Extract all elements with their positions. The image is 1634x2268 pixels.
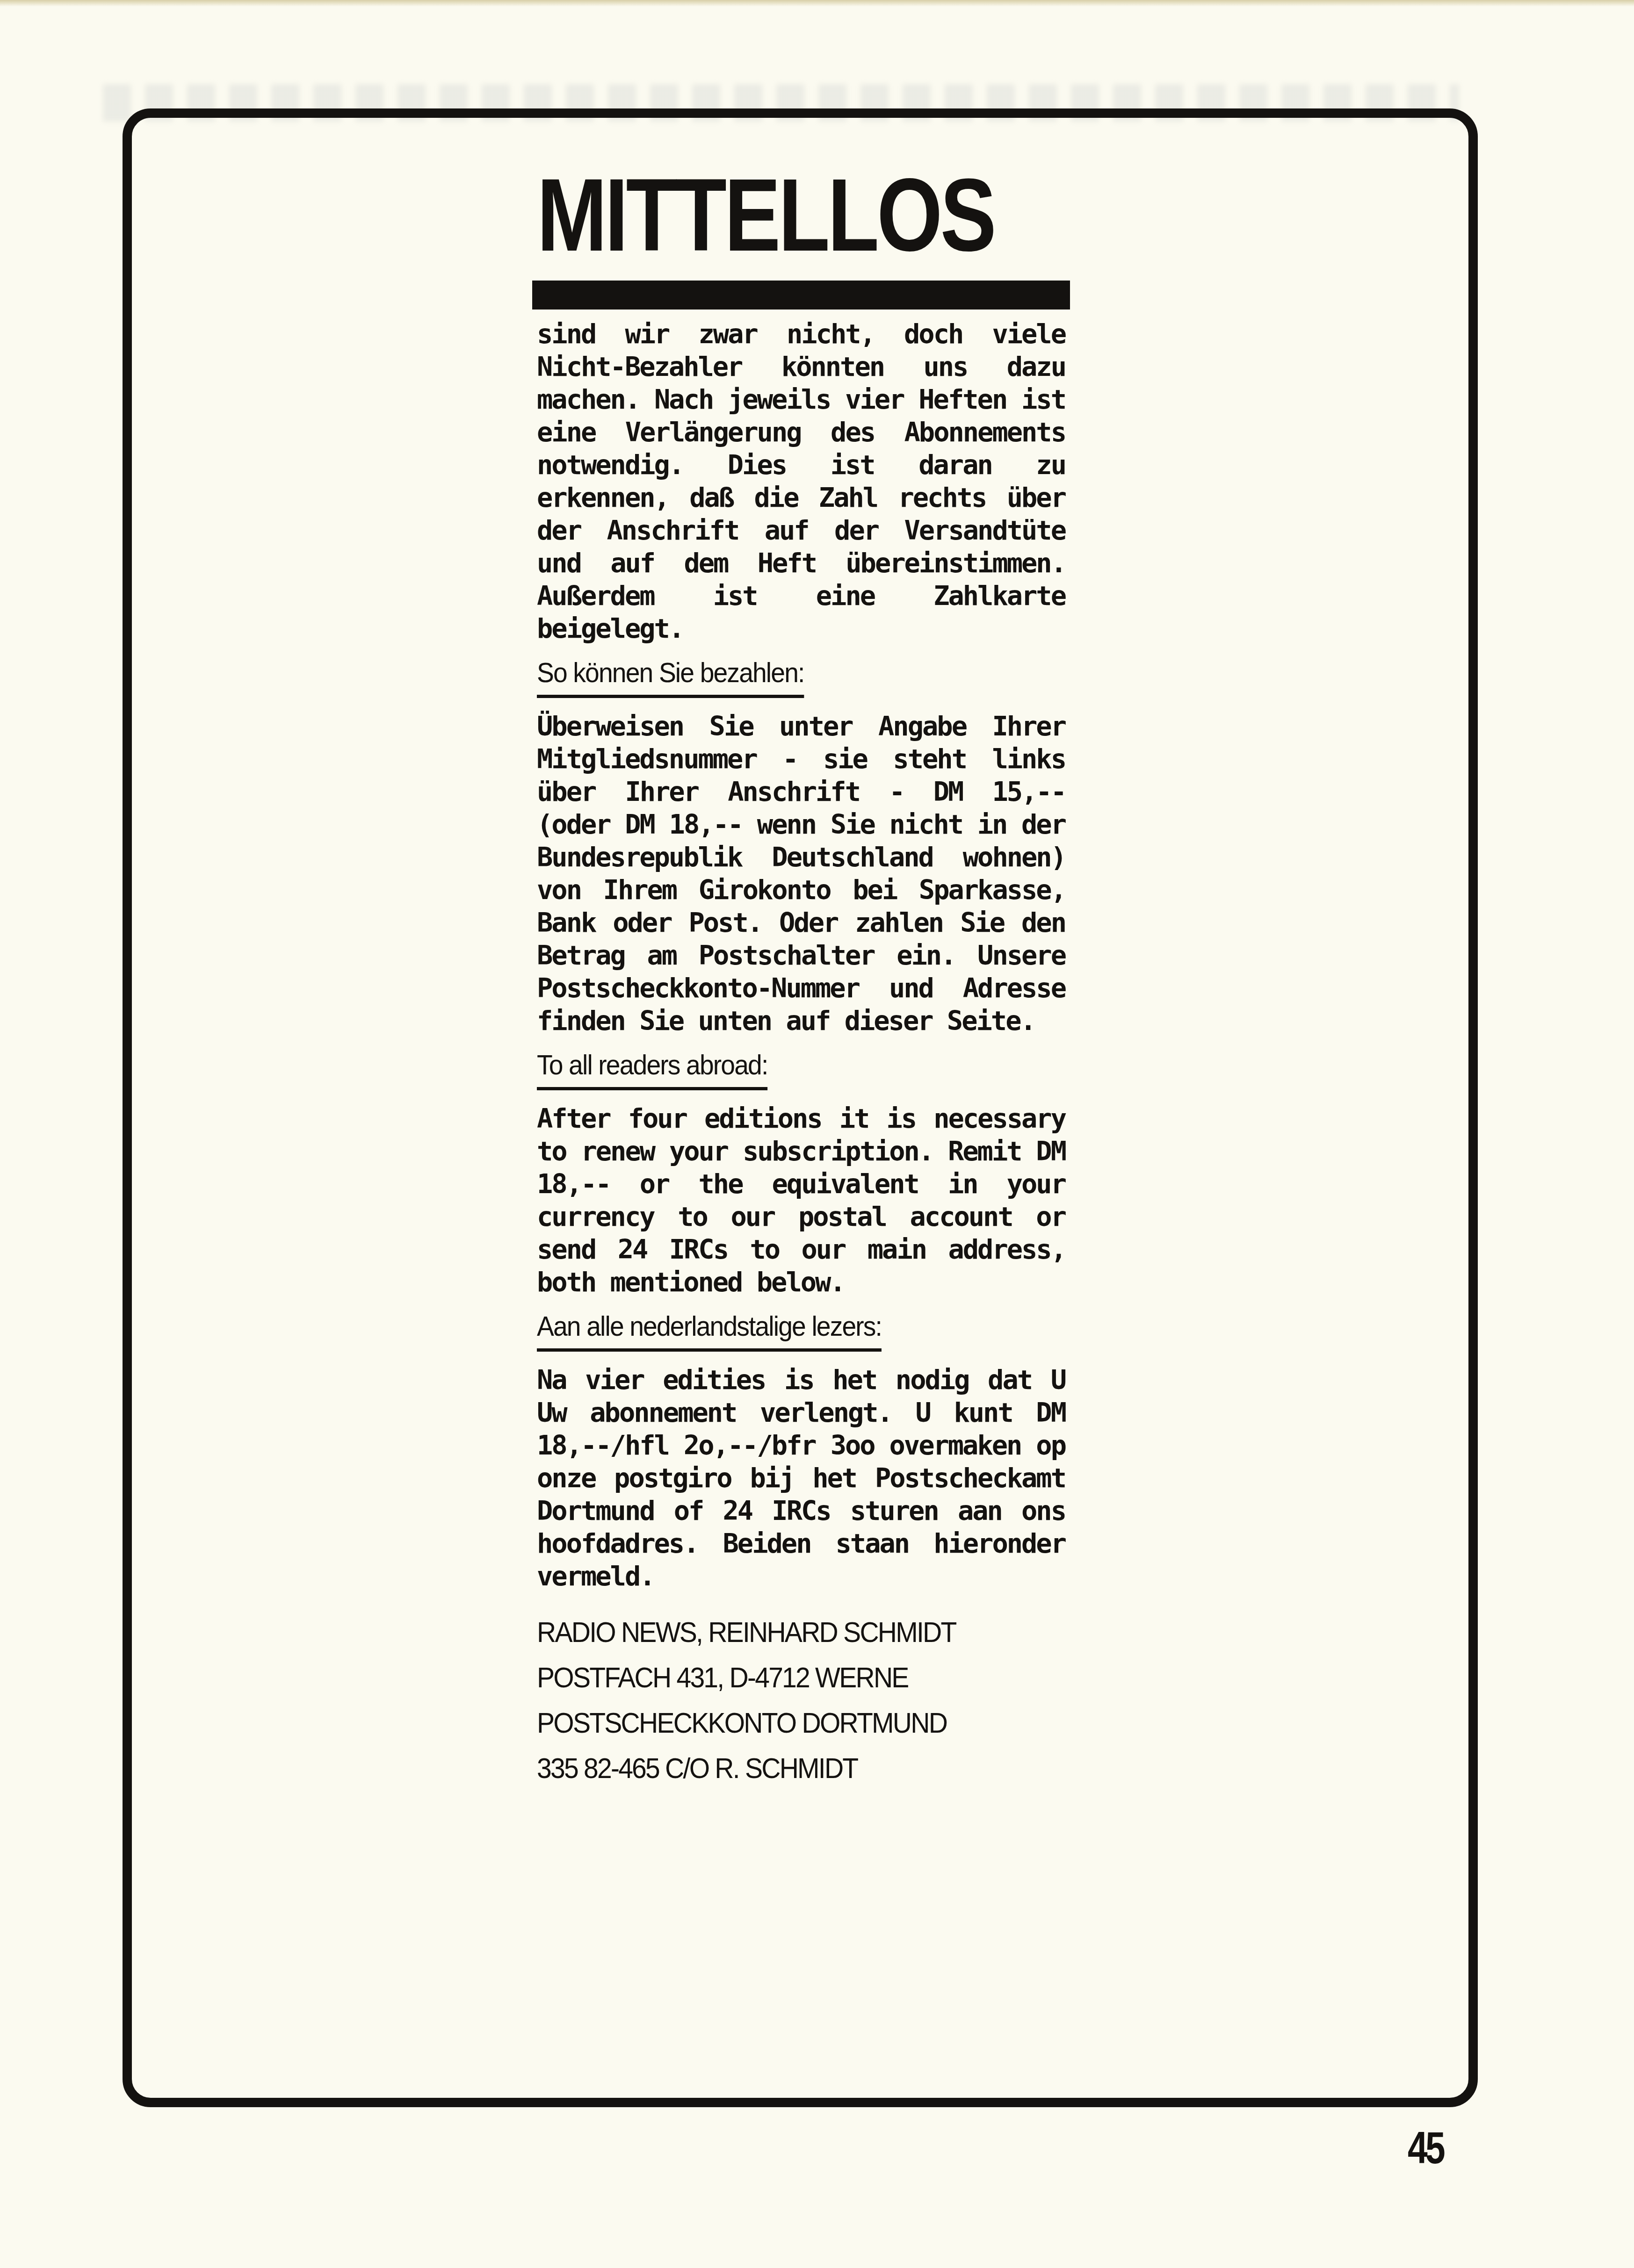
- german-paragraph: Überweisen Sie unter Angabe Ihrer Mitgli…: [537, 710, 1065, 1037]
- address-line: POSTFACH 431, D-4712 WERNE: [537, 1655, 1023, 1700]
- title-underline-bar: [532, 281, 1070, 310]
- address-block: RADIO NEWS, REINHARD SCHMIDT POSTFACH 43…: [537, 1610, 1023, 1791]
- address-line: RADIO NEWS, REINHARD SCHMIDT: [537, 1610, 1023, 1655]
- address-line: 335 82-465 C/O R. SCHMIDT: [537, 1746, 1023, 1791]
- dutch-heading: Aan alle nederlandstalige lezers:: [537, 1309, 882, 1352]
- page-number: 45: [1408, 2123, 1443, 2174]
- english-heading: To all readers abroad:: [537, 1048, 767, 1090]
- english-paragraph: After four editions it is necessary to r…: [537, 1102, 1065, 1299]
- page-edge: [0, 0, 1634, 7]
- dutch-paragraph: Na vier edities is het nodig dat U Uw ab…: [537, 1364, 1065, 1593]
- intro-paragraph: sind wir zwar nicht, doch viele Nicht-Be…: [537, 318, 1065, 645]
- german-heading: So können Sie bezahlen:: [537, 655, 804, 698]
- notice-content: MITTELLOS sind wir zwar nicht, doch viel…: [537, 168, 1065, 1791]
- page-title: MITTELLOS: [537, 168, 970, 262]
- address-line: POSTSCHECKKONTO DORTMUND: [537, 1700, 1023, 1746]
